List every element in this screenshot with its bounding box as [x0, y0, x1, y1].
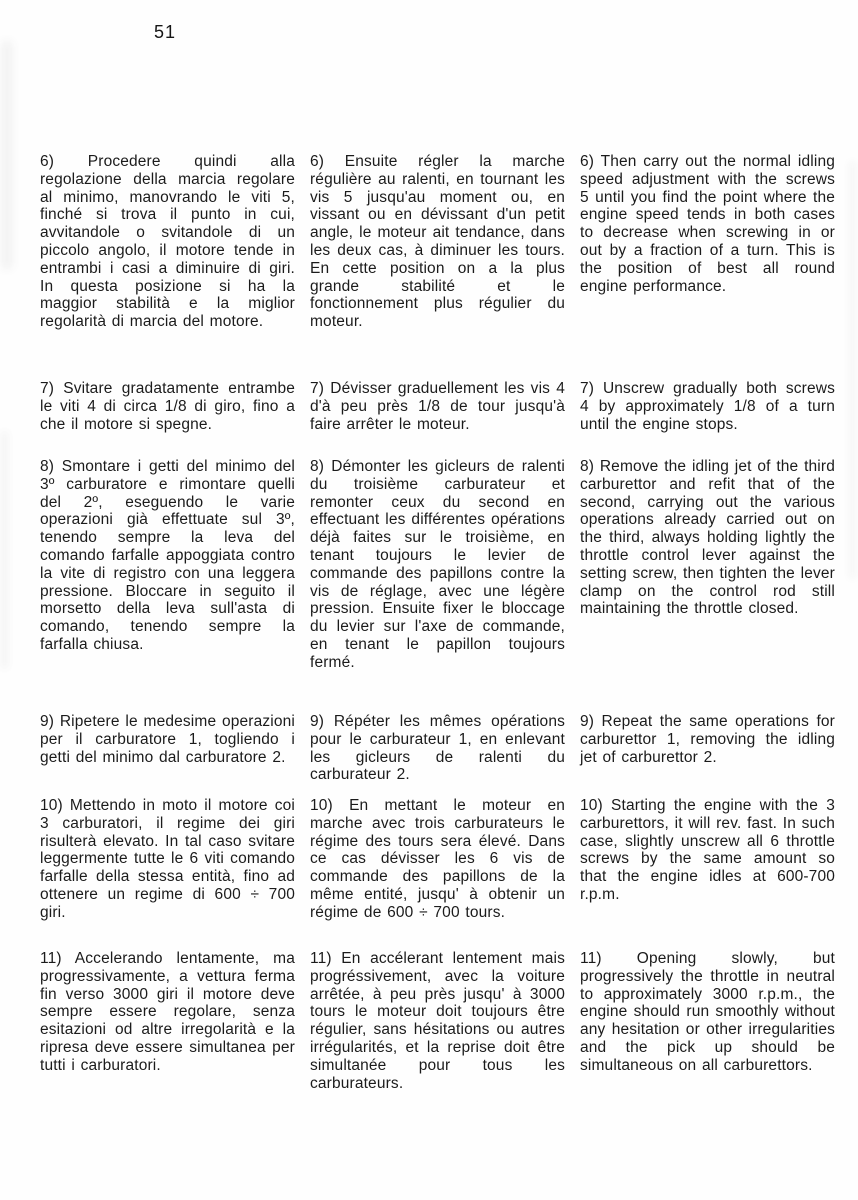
- page-number: 51: [154, 22, 176, 43]
- paragraph-7-italian: 7) Svitare gradatamente entrambe le viti…: [40, 380, 295, 458]
- paragraph-9-french: 9) Répéter les mêmes opérations pour le …: [310, 713, 565, 797]
- paragraph-9-italian: 9) Ripetere le medesime operazioni per i…: [40, 713, 295, 797]
- manual-page: 51 6) Procedere quindi alla regolazione …: [0, 0, 858, 1200]
- paragraph-10-french: 10) En mettant le moteur en marche avec …: [310, 797, 565, 950]
- paragraph-6-italian: 6) Procedere quindi alla regolazione del…: [40, 153, 295, 380]
- paragraph-11-french: 11) En accélerant lentement mais progrés…: [310, 950, 565, 1092]
- scan-artifact-left-top: [1, 40, 13, 270]
- paragraph-6-french: 6) Ensuite régler la marche régulière au…: [310, 153, 565, 380]
- paragraph-9-english: 9) Repeat the same operations for carbur…: [580, 713, 835, 797]
- scan-artifact-left-mid: [0, 430, 9, 670]
- paragraph-6-english: 6) Then carry out the normal idling spee…: [580, 153, 835, 380]
- three-column-text-grid: 6) Procedere quindi alla regolazione del…: [40, 153, 835, 1092]
- paragraph-11-italian: 11) Accelerando lentamente, ma progressi…: [40, 950, 295, 1092]
- paragraph-10-italian: 10) Mettendo in moto il motore coi 3 car…: [40, 797, 295, 950]
- paragraph-8-english: 8) Remove the idling jet of the third ca…: [580, 458, 835, 713]
- paragraph-10-english: 10) Starting the engine with the 3 carbu…: [580, 797, 835, 950]
- scan-artifact-right-mid: [848, 160, 857, 580]
- paragraph-7-english: 7) Unscrew gradually both screws 4 by ap…: [580, 380, 835, 458]
- paragraph-7-french: 7) Dévisser graduellement les vis 4 d'à …: [310, 380, 565, 458]
- paragraph-8-italian: 8) Smontare i getti del minimo del 3º ca…: [40, 458, 295, 713]
- paragraph-8-french: 8) Démonter les gicleurs de ralenti du t…: [310, 458, 565, 713]
- paragraph-11-english: 11) Opening slowly, but progressively th…: [580, 950, 835, 1092]
